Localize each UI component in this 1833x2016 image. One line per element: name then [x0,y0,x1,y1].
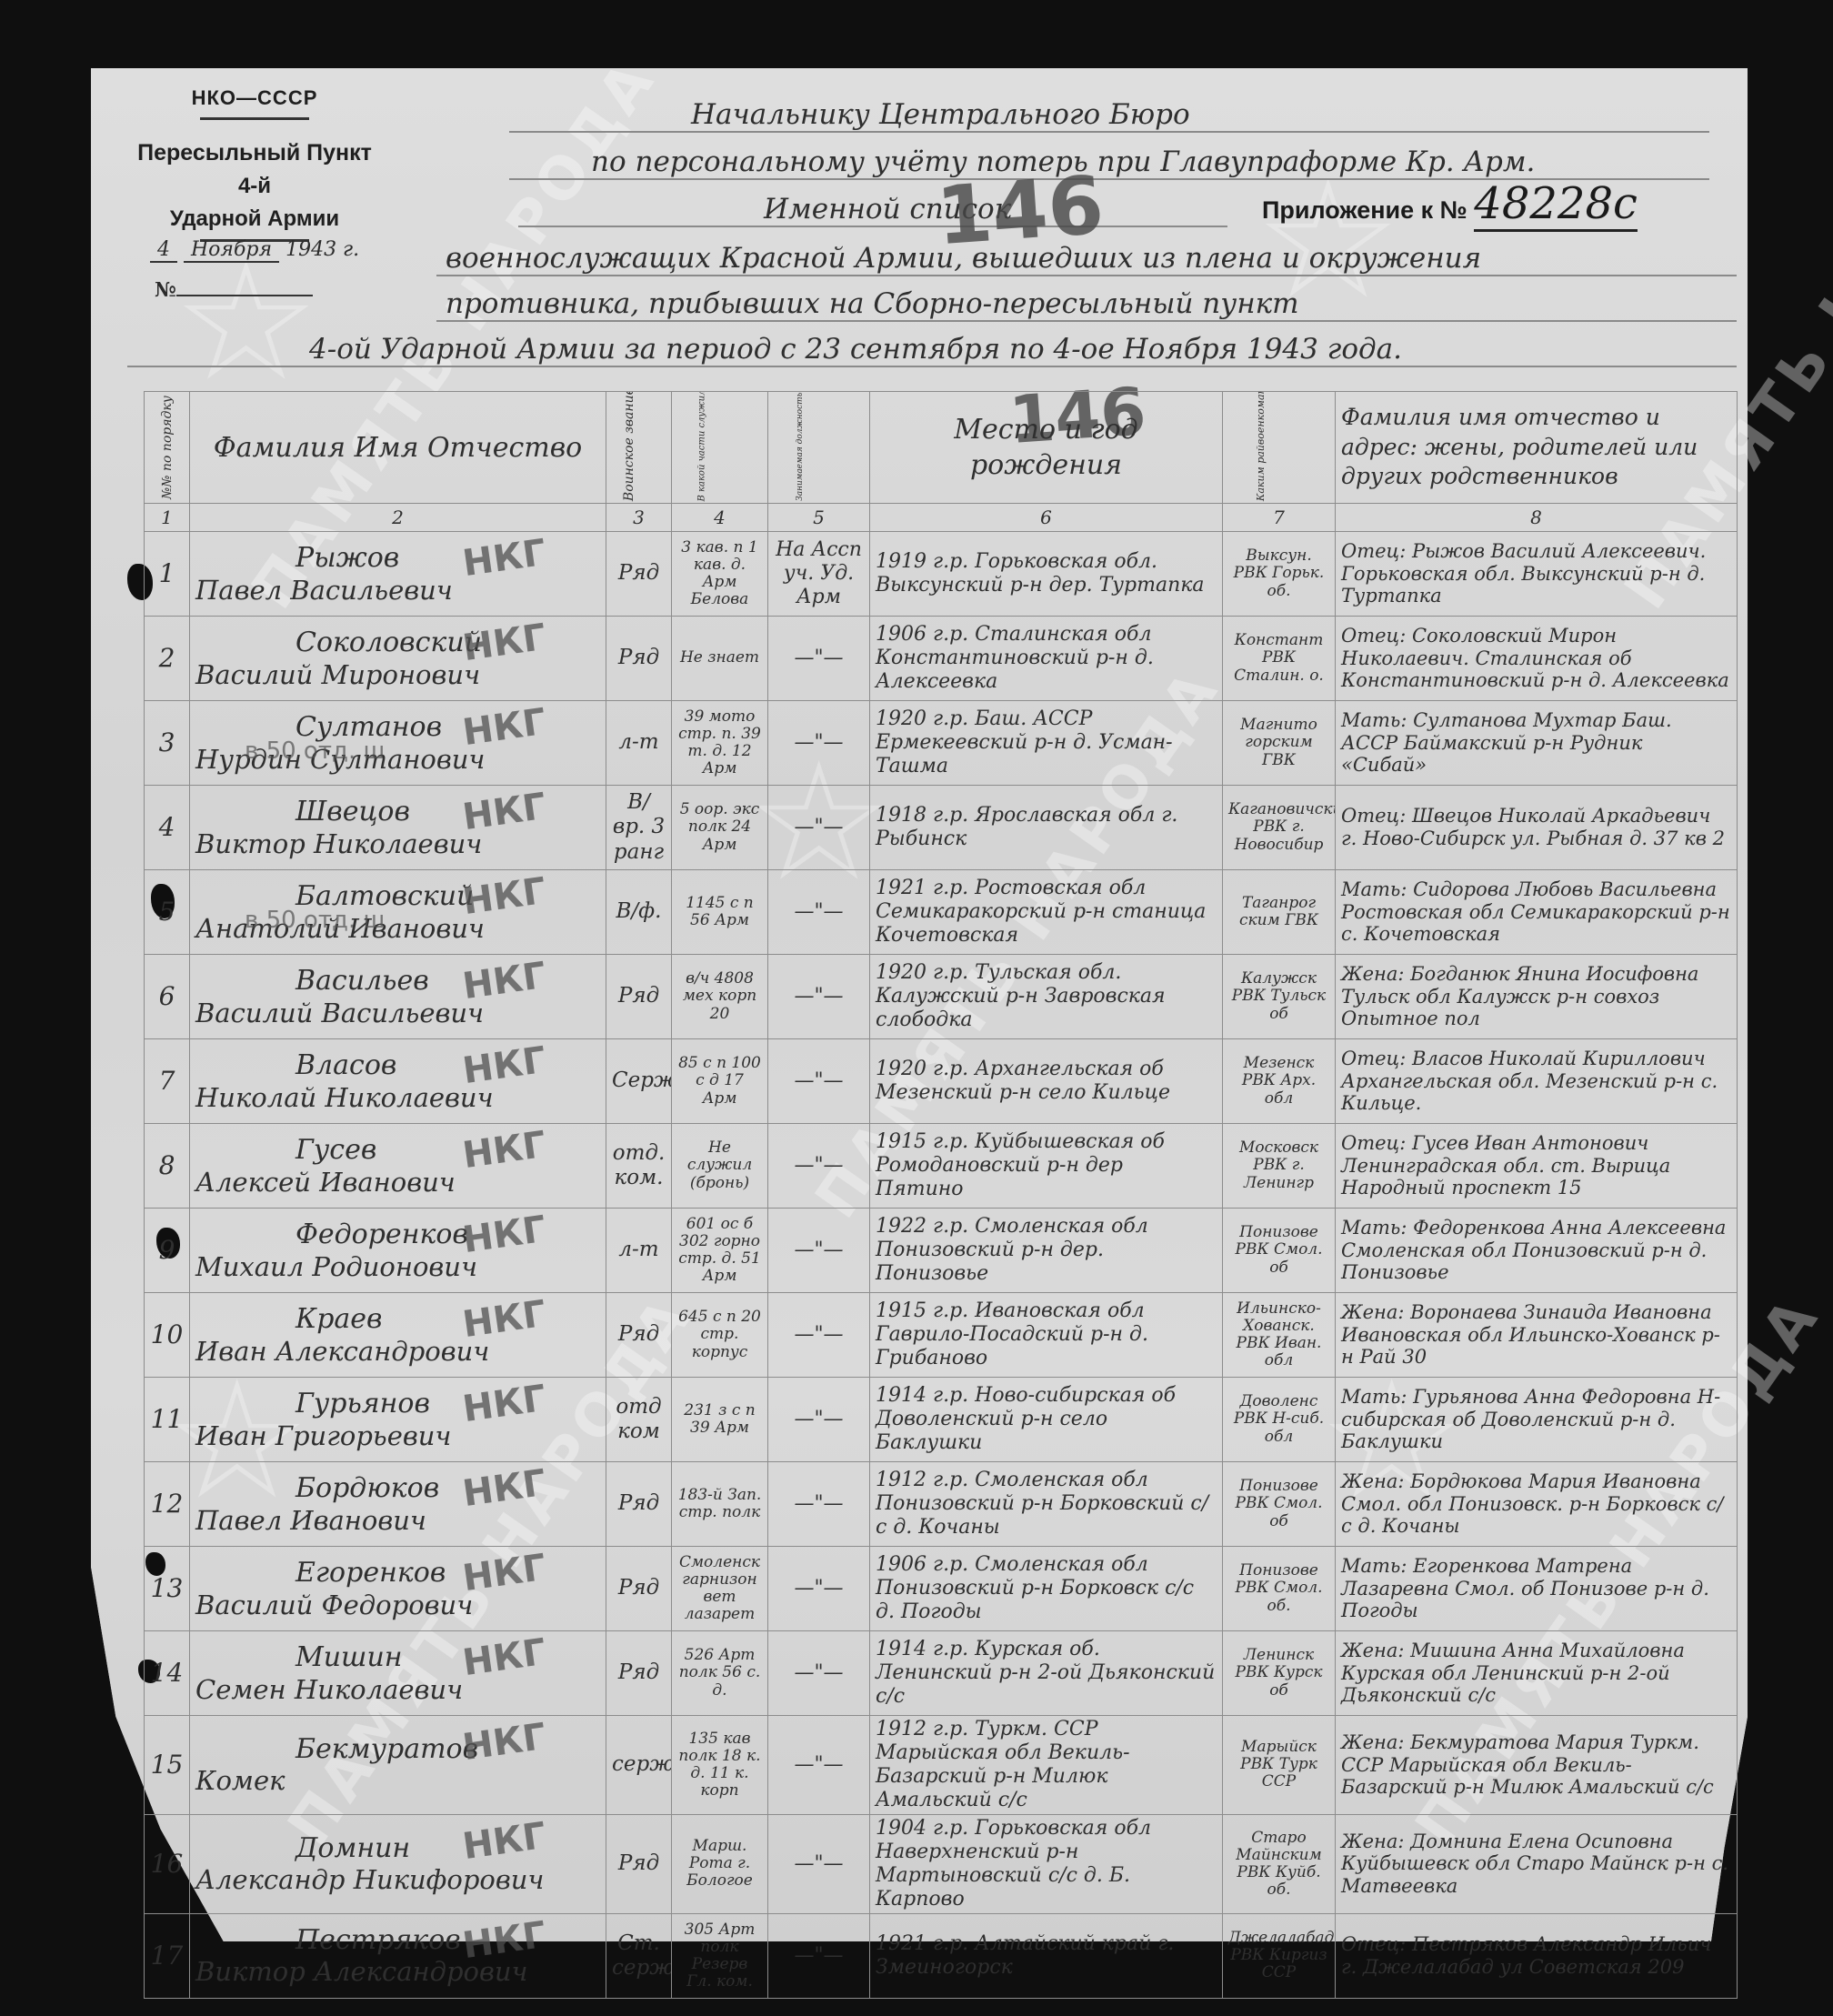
col-number: 5 [768,504,870,532]
military-rank: В/ф. [606,870,672,955]
table-row: 7 Власов Николай Николаевич НКГ Серж 85 … [145,1039,1738,1124]
relatives-address: Отец: Пестряков Александр Ильич г. Джела… [1336,1913,1738,1998]
unit-when-captured: 601 ос б 302 горно стр. д. 51 Арм [672,1209,768,1293]
row-number: 10 [145,1293,190,1378]
given-name-patronymic: Семен Николаевич [195,1674,600,1705]
draft-office: Ильинско-Хованск. РВК Иван. обл [1223,1293,1336,1378]
appendix-label: Приложение к № [1262,196,1467,224]
relatives-address: Мать: Егоренкова Матрена Лазаревна Смол.… [1336,1547,1738,1631]
position-on-exit: —"— [768,1631,870,1716]
draft-office: Калужск РВК Тульск об [1223,955,1336,1039]
col-header-1: №№ по порядку [145,392,190,504]
military-rank: Ряд [606,1462,672,1547]
military-rank: В/вр. 3 ранг [606,786,672,870]
row-number: 11 [145,1378,190,1462]
person-name: Бекмуратов Комек НКГ [190,1716,606,1815]
military-rank: л-т [606,701,672,786]
col-header-5: Занимаемая должность в момент выхода из … [768,392,870,504]
birthplace-year: 1920 г.р. Баш. АССР Ермекеевский р-н д. … [870,701,1223,786]
draft-office: Выксун. РВК Горьк. об. [1223,532,1336,617]
military-rank: Ряд [606,1293,672,1378]
relatives-address: Отец: Швецов Николай Аркадьевич г. Ново-… [1336,786,1738,870]
unit-when-captured: Не знает [672,617,768,701]
given-name-patronymic: Василий Васильевич [195,998,600,1028]
given-name-patronymic: Иван Григорьевич [195,1420,600,1451]
birthplace-year: 1921 г.р. Алтайский край г. Змеиногорск [870,1913,1223,1998]
pencil-sheet-number: 146 [934,158,1107,264]
col-header-2: Фамилия Имя Отчество [190,392,606,504]
header-subject-line-2: противника, прибывших на Сборно-пересыль… [436,287,1737,322]
col-header-8: Фамилия имя отчество и адрес: жены, роди… [1336,392,1738,504]
birthplace-year: 1914 г.р. Курская об. Ленинский р-н 2-ой… [870,1631,1223,1716]
relatives-address: Мать: Султанова Мухтар Баш. АССР Баймакс… [1336,701,1738,786]
given-name-patronymic: Александр Никифорович [195,1864,600,1895]
draft-office: Магнито горским ГВК [1223,701,1336,786]
row-number: 8 [145,1124,190,1209]
unit-when-captured: 5 оор. экс полк 24 Арм [672,786,768,870]
birthplace-year: 1906 г.р. Смоленская обл Понизовский р-н… [870,1547,1223,1631]
header-department: по персональному учёту потерь при Главуп… [509,145,1709,180]
unit-when-captured: 135 кав полк 18 к. д. 11 к. корп [672,1716,768,1815]
column-number-row: 1 2 3 4 5 6 7 8 [145,504,1738,532]
appendix-reference: Приложение к № 48228с [1262,178,1638,229]
person-name: Власов Николай Николаевич НКГ [190,1039,606,1124]
stamp-number-label: № [155,278,176,302]
position-on-exit: —"— [768,1547,870,1631]
col-number: 4 [672,504,768,532]
given-name-patronymic: Комек [195,1765,600,1796]
position-on-exit: —"— [768,1716,870,1815]
person-name: Домнин Александр Никифорович НКГ [190,1814,606,1913]
stamp-date: 4 Ноября 1943 г. [150,238,359,261]
relatives-address: Мать: Гурьянова Анна Федоровна Н-сибирск… [1336,1378,1738,1462]
birthplace-year: 1920 г.р. Архангельская об Мезенский р-н… [870,1039,1223,1124]
relatives-address: Жена: Бекмуратова Мария Туркм. ССР Марый… [1336,1716,1738,1815]
draft-office: Мезенск РВК Арх. обл [1223,1039,1336,1124]
birthplace-year: 1915 г.р. Куйбышевская об Ромодановский … [870,1124,1223,1209]
col-number: 2 [190,504,606,532]
military-rank: серж [606,1716,672,1815]
unit-stamp: НКО—СССР Пересыльный Пункт 4-й Ударной А… [118,86,391,242]
appendix-number: 48228с [1474,178,1638,232]
military-rank: отд. ком. [606,1124,672,1209]
draft-office: Джелалабадским РВК Киргиз ССР [1223,1913,1336,1998]
person-name: Балтовский Анатолий Иванович НКГ в 50 от… [190,870,606,955]
given-name-patronymic: Павел Васильевич [195,575,600,606]
given-name-patronymic: Иван Александрович [195,1336,600,1367]
table-row: 3 Султанов Нурдин Султанович НКГ в 50 от… [145,701,1738,786]
stamp-number-blank [176,295,313,296]
col-header-7: Каким райвоенкоматом призван [1223,392,1336,504]
position-on-exit: —"— [768,701,870,786]
draft-office: Таганрог ским ГВК [1223,870,1336,955]
col-number: 1 [145,504,190,532]
table-row: 17 Пестряков Виктор Александрович НКГ Ст… [145,1913,1738,1998]
military-rank: отд ком [606,1378,672,1462]
person-name: Васильев Василий Васильевич НКГ [190,955,606,1039]
header-period-line: 4-ой Ударной Армии за период с 23 сентяб… [127,333,1737,367]
row-number: 2 [145,617,190,701]
given-name-patronymic: Василий Миронович [195,659,600,690]
birthplace-year: 1912 г.р. Туркм. ССР Марыйская обл Векил… [870,1716,1223,1815]
table-row: 5 Балтовский Анатолий Иванович НКГ в 50 … [145,870,1738,955]
military-rank: Ряд [606,1631,672,1716]
col-number: 6 [870,504,1223,532]
position-on-exit: —"— [768,1378,870,1462]
unit-when-captured: Марш. Рота г. Бологое [672,1814,768,1913]
person-name: Егоренков Василий Федорович НКГ [190,1547,606,1631]
person-name: Бордюков Павел Иванович НКГ [190,1462,606,1547]
table-row: 2 Соколовский Василий Миронович НКГ Ряд … [145,617,1738,701]
person-name: Рыжов Павел Васильевич НКГ [190,532,606,617]
row-number: 6 [145,955,190,1039]
given-name-patronymic: Виктор Александрович [195,1956,600,1987]
military-rank: Ряд [606,532,672,617]
relatives-address: Отец: Власов Николай Кириллович Архангел… [1336,1039,1738,1124]
stamp-army: Ударной Армии [118,206,391,232]
col-header-3: Воинское звание [606,392,672,504]
position-on-exit: —"— [768,1039,870,1124]
birthplace-year: 1915 г.р. Ивановская обл Гаврило-Посадск… [870,1293,1223,1378]
unit-when-captured: 1145 с п 56 Арм [672,870,768,955]
birthplace-year: 1921 г.р. Ростовская обл Семикаракорский… [870,870,1223,955]
row-number: 1 [145,532,190,617]
position-on-exit: На Ассп уч. Уд. Арм [768,532,870,617]
military-rank: Серж [606,1039,672,1124]
person-name: Гурьянов Иван Григорьевич НКГ [190,1378,606,1462]
birthplace-year: 1914 г.р. Ново-сибирская об Доволенский … [870,1378,1223,1462]
person-name: Султанов Нурдин Султанович НКГ в 50 отд.… [190,701,606,786]
stamp-day: 4 [150,238,177,263]
relatives-address: Отец: Гусев Иван Антонович Ленинградская… [1336,1124,1738,1209]
personnel-list-table: №№ по порядку Фамилия Имя Отчество Воинс… [144,391,1738,1999]
stamp-army-no: 4-й [118,174,391,199]
position-on-exit: —"— [768,1913,870,1998]
military-rank: Ст. серж [606,1913,672,1998]
military-rank: Ряд [606,1547,672,1631]
given-name-patronymic: Алексей Иванович [195,1167,600,1198]
relatives-address: Мать: Сидорова Любовь Васильевна Ростовс… [1336,870,1738,955]
table-row: 16 Домнин Александр Никифорович НКГ Ряд … [145,1814,1738,1913]
position-on-exit: —"— [768,1814,870,1913]
unit-when-captured: 305 Арт полк Резерв Гл. ком. [672,1913,768,1998]
table-row: 11 Гурьянов Иван Григорьевич НКГ отд ком… [145,1378,1738,1462]
position-on-exit: —"— [768,955,870,1039]
position-on-exit: —"— [768,1462,870,1547]
row-number: 17 [145,1913,190,1998]
stamp-rule [200,117,309,120]
birthplace-year: 1919 г.р. Горьковская обл. Выксунский р-… [870,532,1223,617]
given-name-patronymic: Павел Иванович [195,1505,600,1536]
relatives-address: Жена: Богданюк Янина Иосифовна Тульск об… [1336,955,1738,1039]
col-header-4: В какой части служил, когда попал в плен… [672,392,768,504]
table-row: 9 Федоренков Михаил Родионович НКГ л-т 6… [145,1209,1738,1293]
unit-when-captured: 231 з с п 39 Арм [672,1378,768,1462]
stamp-unit: Пересыльный Пункт [118,140,391,166]
col-number: 3 [606,504,672,532]
relatives-address: Жена: Бордюкова Мария Ивановна Смол. обл… [1336,1462,1738,1547]
given-name-patronymic: Николай Николаевич [195,1082,600,1113]
draft-office: Ленинск РВК Курск об [1223,1631,1336,1716]
col-number: 7 [1223,504,1336,532]
person-name: Федоренков Михаил Родионович НКГ [190,1209,606,1293]
row-number: 12 [145,1462,190,1547]
stamp-number: № [155,278,313,302]
row-number: 13 [145,1547,190,1631]
person-name: Швецов Виктор Николаевич НКГ [190,786,606,870]
position-on-exit: —"— [768,786,870,870]
person-name: Гусев Алексей Иванович НКГ [190,1124,606,1209]
birthplace-year: 1922 г.р. Смоленская обл Понизовский р-н… [870,1209,1223,1293]
unit-when-captured: Смоленск гарнизон вет лазарет [672,1547,768,1631]
unit-when-captured: 3 кав. п 1 кав. д. Арм Белова [672,532,768,617]
position-on-exit: —"— [768,1209,870,1293]
row-number: 15 [145,1716,190,1815]
unit-when-captured: 85 с п 100 с д 17 Арм [672,1039,768,1124]
position-on-exit: —"— [768,1293,870,1378]
table-row: 8 Гусев Алексей Иванович НКГ отд. ком. Н… [145,1124,1738,1209]
unit-when-captured: 183-й Зап. стр. полк [672,1462,768,1547]
pencil-note: в 50 отд. ш [245,737,385,766]
table-header-row: №№ по порядку Фамилия Имя Отчество Воинс… [145,392,1738,504]
military-rank: л-т [606,1209,672,1293]
position-on-exit: —"— [768,1124,870,1209]
given-name-patronymic: Михаил Родионович [195,1251,600,1282]
person-name: Мишин Семен Николаевич НКГ [190,1631,606,1716]
table-row: 10 Краев Иван Александрович НКГ Ряд 645 … [145,1293,1738,1378]
unit-when-captured: Не служил (бронь) [672,1124,768,1209]
stamp-month: Ноября [184,238,279,263]
birthplace-year: 1906 г.р. Сталинская обл Константиновски… [870,617,1223,701]
draft-office: Старо Майнским РВК Куйб. об. [1223,1814,1336,1913]
given-name-patronymic: Василий Федорович [195,1590,600,1620]
person-name: Краев Иван Александрович НКГ [190,1293,606,1378]
relatives-address: Мать: Федоренкова Анна Алексеевна Смолен… [1336,1209,1738,1293]
military-rank: Ряд [606,955,672,1039]
draft-office: Констант РВК Сталин. о. [1223,617,1336,701]
birthplace-year: 1918 г.р. Ярославская обл г. Рыбинск [870,786,1223,870]
relatives-address: Жена: Воронаева Зинаида Ивановна Ивановс… [1336,1293,1738,1378]
table-row: 6 Васильев Василий Васильевич НКГ Ряд в/… [145,955,1738,1039]
given-name-patronymic: Виктор Николаевич [195,828,600,859]
row-number: 14 [145,1631,190,1716]
draft-office: Марыйск РВК Турк ССР [1223,1716,1336,1815]
table-row: 13 Егоренков Василий Федорович НКГ Ряд С… [145,1547,1738,1631]
table-row: 15 Бекмуратов Комек НКГ серж 135 кав пол… [145,1716,1738,1815]
military-rank: Ряд [606,617,672,701]
col-header-6: Место и год рождения [870,392,1223,504]
person-name: Соколовский Василий Миронович НКГ [190,617,606,701]
relatives-address: Жена: Домнина Елена Осиповна Куйбышевск … [1336,1814,1738,1913]
row-number: 3 [145,701,190,786]
unit-when-captured: 645 с п 20 стр. корпус [672,1293,768,1378]
relatives-address: Жена: Мишина Анна Михайловна Курская обл… [1336,1631,1738,1716]
draft-office: Понизове РВК Смол. об [1223,1209,1336,1293]
row-number: 7 [145,1039,190,1124]
draft-office: Московск РВК г. Ленингр [1223,1124,1336,1209]
table-row: 12 Бордюков Павел Иванович НКГ Ряд 183-й… [145,1462,1738,1547]
position-on-exit: —"— [768,870,870,955]
row-number: 4 [145,786,190,870]
stamp-org: НКО—СССР [118,86,391,110]
unit-when-captured: 39 мото стр. п. 39 т. д. 12 Арм [672,701,768,786]
unit-when-captured: в/ч 4808 мех корп 20 [672,955,768,1039]
birthplace-year: 1912 г.р. Смоленская обл Понизовский р-н… [870,1462,1223,1547]
relatives-address: Отец: Соколовский Мирон Николаевич. Стал… [1336,617,1738,701]
header-addressee: Начальнику Центрального Бюро [509,98,1709,133]
row-number: 5 [145,870,190,955]
table-row: 1 Рыжов Павел Васильевич НКГ Ряд 3 кав. … [145,532,1738,617]
person-name: Пестряков Виктор Александрович НКГ [190,1913,606,1998]
row-number: 9 [145,1209,190,1293]
draft-office: Доволенс РВК Н-сиб. обл [1223,1378,1336,1462]
row-number: 16 [145,1814,190,1913]
relatives-address: Отец: Рыжов Василий Алексеевич. Горьковс… [1336,532,1738,617]
unit-when-captured: 526 Арт полк 56 с. д. [672,1631,768,1716]
position-on-exit: —"— [768,617,870,701]
birthplace-year: 1904 г.р. Горьковская обл Наверхненский … [870,1814,1223,1913]
birthplace-year: 1920 г.р. Тульская обл. Калужский р-н За… [870,955,1223,1039]
military-rank: Ряд [606,1814,672,1913]
pencil-note: в 50 отд. ш [245,907,385,935]
header-list-title: Именной список [518,193,1227,227]
draft-office: Кагановичским РВК г. Новосибир [1223,786,1336,870]
stamp-year: 1943 г. [285,238,359,261]
draft-office: Понизове РВК Смол. об. [1223,1547,1336,1631]
col-number: 8 [1336,504,1738,532]
table-row: 14 Мишин Семен Николаевич НКГ Ряд 526 Ар… [145,1631,1738,1716]
draft-office: Понизове РВК Смол. об [1223,1462,1336,1547]
table-row: 4 Швецов Виктор Николаевич НКГ В/вр. 3 р… [145,786,1738,870]
